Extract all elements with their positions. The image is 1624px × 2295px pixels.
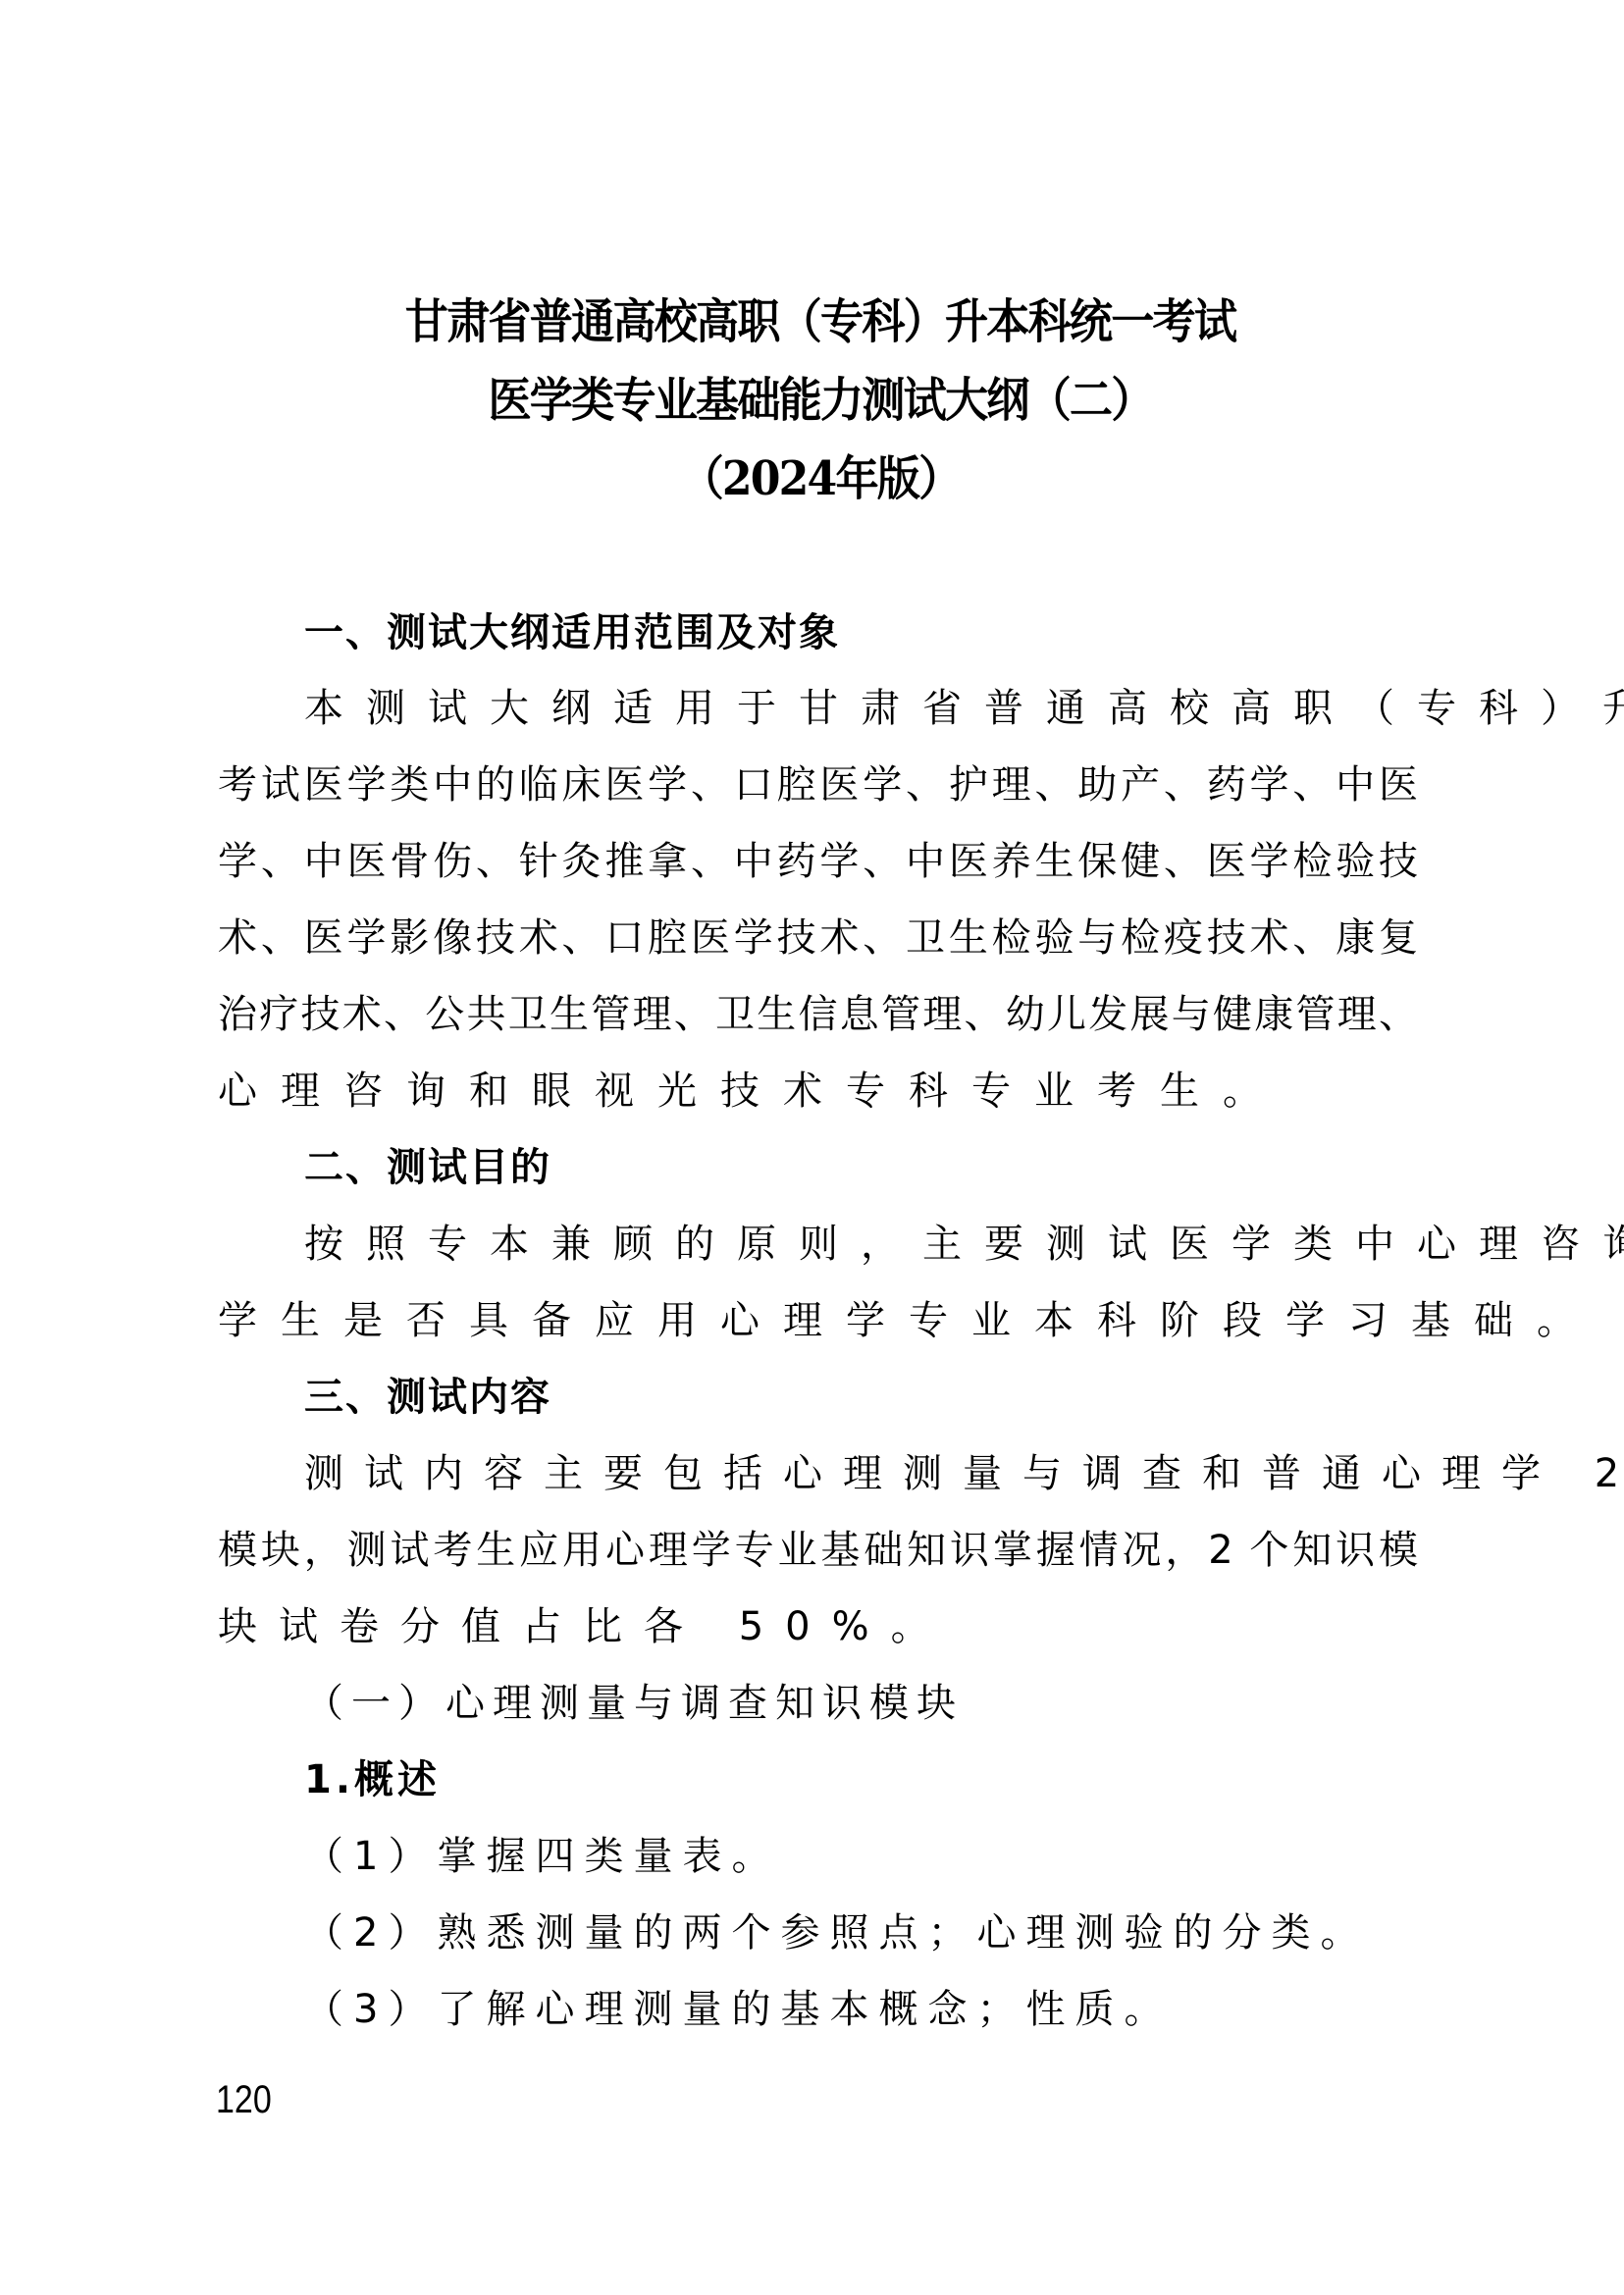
paragraph-line: 按照专本兼顾的原则，主要测试医学类中心理咨询专科专业 <box>304 1220 1624 1269</box>
paragraph-line: 块试卷分值占比各 50%。 <box>218 1602 952 1651</box>
list-item: （1）掌握四类量表。 <box>304 1832 780 1881</box>
document-title: 甘肃省普通高校高职（专科）升本科统一考试 医学类专业基础能力测试大纲（二） （2… <box>0 283 1624 518</box>
section-heading-content: 三、测试内容 <box>304 1373 551 1422</box>
list-item: （2）熟悉测量的两个参照点；心理测验的分类。 <box>304 1908 1369 1957</box>
title-line-1: 甘肃省普通高校高职（专科）升本科统一考试 <box>66 283 1575 361</box>
paragraph-line: 模块，测试考生应用心理学专业基础知识掌握情况，2 个知识模 <box>218 1526 1418 1575</box>
page-number: 120 <box>216 2078 272 2121</box>
paragraph-line: 治疗技术、公共卫生管理、卫生信息管理、幼儿发展与健康管理、 <box>218 990 1418 1039</box>
module-heading: （一）心理测量与调查知识模块 <box>304 1679 964 1728</box>
paragraph-line: 学、中医骨伤、针灸推拿、中药学、中医养生保健、医学检验技 <box>218 837 1418 886</box>
title-line-2: 医学类专业基础能力测试大纲（二） <box>66 361 1575 440</box>
paragraph-line: 术、医学影像技术、口腔医学技术、卫生检验与检疫技术、康复 <box>218 913 1418 963</box>
document-page: 甘肃省普通高校高职（专科）升本科统一考试 医学类专业基础能力测试大纲（二） （2… <box>0 0 1624 2295</box>
section-heading-scope: 一、测试大纲适用范围及对象 <box>304 608 840 657</box>
paragraph-line: 考试医学类中的临床医学、口腔医学、护理、助产、药学、中医 <box>218 760 1418 809</box>
paragraph-line: 学生是否具备应用心理学专业本科阶段学习基础。 <box>218 1296 1599 1345</box>
paragraph-line: 本测试大纲适用于甘肃省普通高校高职（专科）升本科统一 <box>304 684 1624 733</box>
section-heading-purpose: 二、测试目的 <box>304 1143 551 1192</box>
subsection-heading-overview: 1.概述 <box>304 1755 441 1804</box>
title-line-3: （2024年版） <box>66 440 1575 518</box>
paragraph-line: 测试内容主要包括心理测量与调查和普通心理学 2 个知识 <box>304 1449 1624 1498</box>
list-item: （3）了解心理测量的基本概念；性质。 <box>304 1985 1173 2034</box>
paragraph-line: 心理咨询和眼视光技术专科专业考生。 <box>218 1067 1285 1116</box>
